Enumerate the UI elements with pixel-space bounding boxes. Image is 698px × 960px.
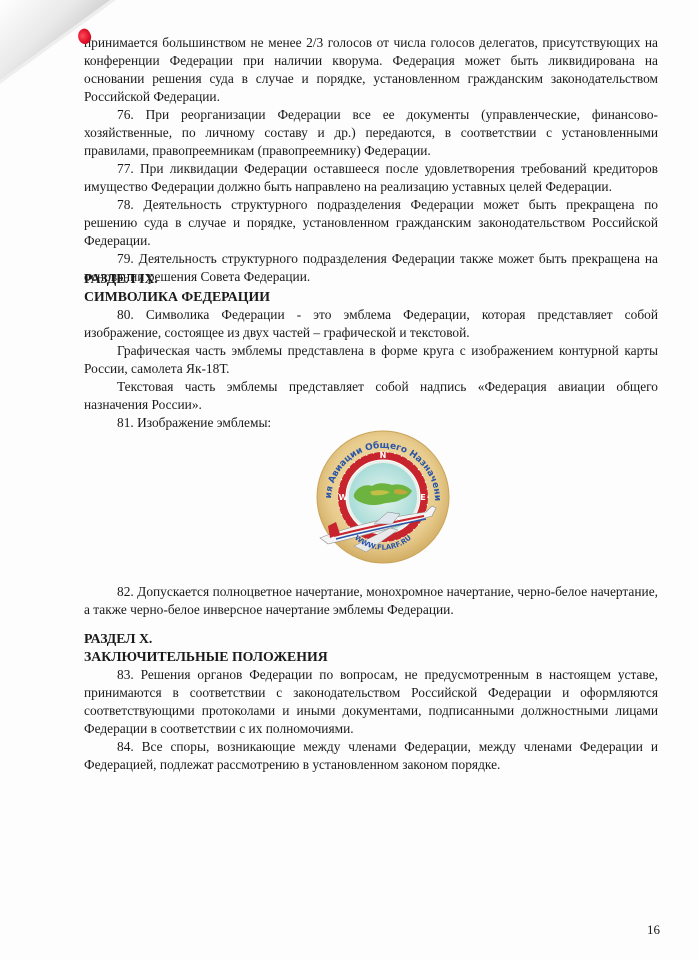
emblem-icon: Федерация Авиации Общего Назначения Росс… — [314, 428, 452, 566]
clause-82: 82. Допускается полноцветное начертание,… — [84, 583, 658, 619]
paragraph-continuation: принимается большинством не менее 2/3 го… — [84, 34, 658, 106]
page-number: 16 — [647, 922, 660, 938]
paragraph-84: 84. Все споры, возникающие между членами… — [84, 738, 658, 774]
paragraph-text-part: Текстовая часть эмблемы представляет соб… — [84, 378, 658, 414]
paragraph-80: 80. Символика Федерации - это эмблема Фе… — [84, 306, 658, 342]
section-9-heading-title: СИМВОЛИКА ФЕДЕРАЦИИ — [84, 288, 658, 306]
paragraph-graphic-part: Графическая часть эмблемы представлена в… — [84, 342, 658, 378]
paragraph-78: 78. Деятельность структурного подразделе… — [84, 196, 658, 250]
section-9: РАЗДЕЛ IX. СИМВОЛИКА ФЕДЕРАЦИИ 80. Симво… — [84, 270, 658, 432]
section-10-heading-title: ЗАКЛЮЧИТЕЛЬНЫЕ ПОЛОЖЕНИЯ — [84, 648, 658, 666]
paragraph-83: 83. Решения органов Федерации по вопроса… — [84, 666, 658, 738]
paragraph-82: 82. Допускается полноцветное начертание,… — [84, 583, 658, 619]
section-9-heading-number: РАЗДЕЛ IX. — [84, 270, 658, 288]
paragraph-76: 76. При реорганизации Федерации все ее д… — [84, 106, 658, 160]
svg-text:E: E — [420, 493, 425, 502]
federation-emblem: Федерация Авиации Общего Назначения Росс… — [314, 428, 452, 566]
svg-text:W: W — [339, 493, 348, 502]
clauses-75-79: принимается большинством не менее 2/3 го… — [84, 34, 658, 286]
document-page: принимается большинством не менее 2/3 го… — [0, 0, 698, 960]
section-10-heading-number: РАЗДЕЛ X. — [84, 630, 658, 648]
svg-text:N: N — [380, 451, 387, 460]
section-10: РАЗДЕЛ X. ЗАКЛЮЧИТЕЛЬНЫЕ ПОЛОЖЕНИЯ 83. Р… — [84, 630, 658, 774]
paragraph-77: 77. При ликвидации Федерации оставшееся … — [84, 160, 658, 196]
